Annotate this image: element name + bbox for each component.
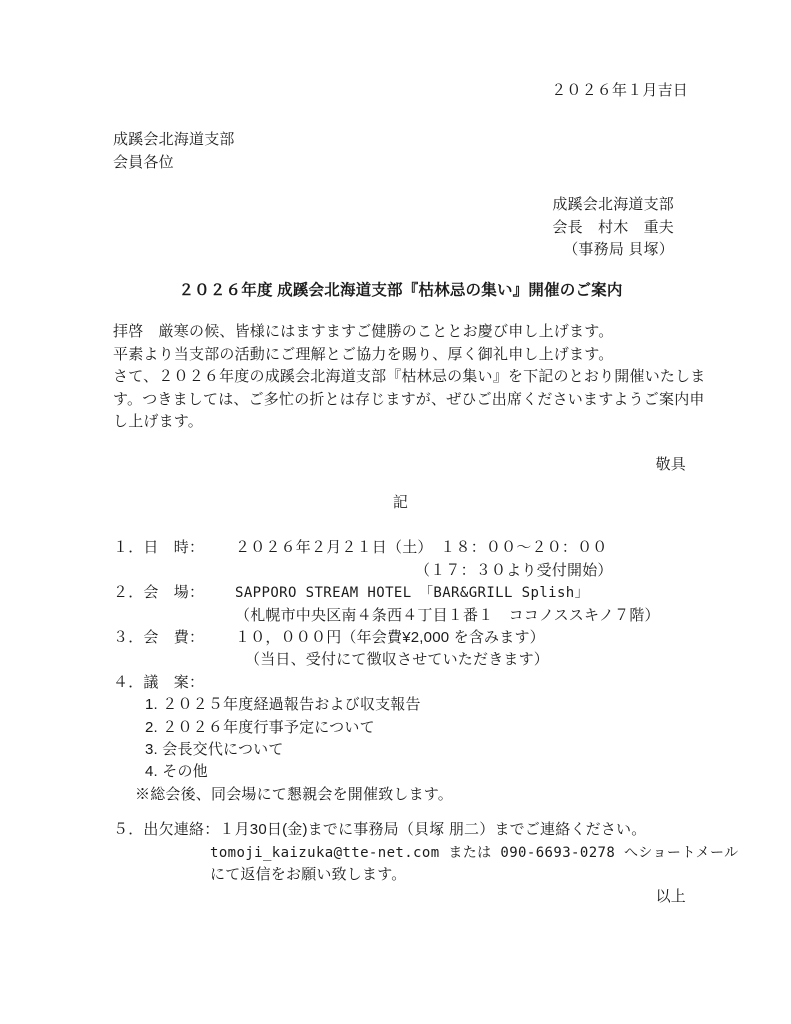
item-venue: ２．会 場： SAPPORO STREAM HOTEL 「BAR&GRILL S… [113,582,688,627]
item-venue-value: SAPPORO STREAM HOTEL 「BAR&GRILL Splish」 [235,582,589,604]
sender-president: 会長 村木 重夫 [113,217,674,239]
greeting-paragraph: 拝啓 厳寒の候、皆様にはますますご健勝のこととお慶び申し上げます。 平素より当支… [113,321,688,433]
item-fee-label: ３．会 費： [113,627,235,649]
rsvp-contact-line: tomoji_kaizuka@tte-net.com または 090-6693-… [113,842,688,864]
agenda-item: 4. その他 [113,761,688,783]
item-agenda: ４．議 案： 1. ２０２５年度経過報告および収支報告 2. ２０２６年度行事予… [113,672,688,806]
recipient-block: 成蹊会北海道支部 会員各位 [113,129,688,174]
agenda-item: 2. ２０２６年度行事予定について [113,717,688,739]
greeting-line: さて、２０２６年度の成蹊会北海道支部『枯林忌の集い』を下記のとおり開催いたしま [113,366,688,388]
date-line: ２０２６年１月吉日 [113,80,688,102]
agenda-note: ※総会後、同会場にて懇親会を開催致します。 [113,784,688,806]
end-mark: 以上 [113,886,688,908]
document-title: ２０２６年度 成蹊会北海道支部『枯林忌の集い』開催のご案内 [113,279,688,303]
rsvp-reply-line: にて返信をお願い致します。 [113,864,688,886]
sender-block: 成蹊会北海道支部 会長 村木 重夫 （事務局 貝塚） [113,194,688,261]
item-datetime-value: ２０２６年２月２１日（土） １８：００～２０：００ [235,537,608,559]
greeting-line: 拝啓 厳寒の候、皆様にはますますご健勝のこととお慶び申し上げます。 [113,321,688,343]
agenda-item: 3. 会長交代について [113,739,688,761]
closing-word: 敬具 [113,454,688,476]
record-heading: 記 [113,492,688,514]
item-datetime-note: （１７：３０より受付開始） [113,560,688,582]
item-datetime: １．日 時： ２０２６年２月２１日（土） １８：００～２０：００ （１７：３０よ… [113,537,688,582]
recipient-org: 成蹊会北海道支部 [113,129,688,151]
item-fee-note: （当日、受付にて徴収させていただきます） [113,649,688,671]
sender-office: （事務局 貝塚） [113,239,674,261]
sender-org: 成蹊会北海道支部 [113,194,674,216]
item-agenda-label: ４．議 案： [113,672,688,694]
greeting-line: す。つきましては、ご多忙の折とは存じますが、ぜひご出席くださいますようご案内申 [113,389,688,411]
item-venue-note: （札幌市中央区南４条西４丁目１番１ ココノススキノ７階） [113,605,688,627]
rsvp-deadline-line: １月30日(金)までに事務局（貝塚 朋二）までご連絡ください。 [219,819,646,841]
item-datetime-label: １．日 時： [113,537,235,559]
items-list: １．日 時： ２０２６年２月２１日（土） １８：００～２０：００ （１７：３０よ… [113,537,688,886]
agenda-item: 1. ２０２５年度経過報告および収支報告 [113,694,688,716]
document-page: ２０２６年１月吉日 成蹊会北海道支部 会員各位 成蹊会北海道支部 会長 村木 重… [0,0,791,1024]
greeting-line: し上げます。 [113,411,688,433]
greeting-line: 平素より当支部の活動にご理解とご協力を賜り、厚く御礼申し上げます。 [113,344,688,366]
recipient-salutation: 会員各位 [113,152,688,174]
item-rsvp-label: ５．出欠連絡： [113,819,219,841]
item-rsvp: ５．出欠連絡： １月30日(金)までに事務局（貝塚 朋二）までご連絡ください。 … [113,819,688,886]
item-venue-label: ２．会 場： [113,582,235,604]
item-fee-value: １０，０００円（年会費¥2,000 を含みます） [235,627,545,649]
item-fee: ３．会 費： １０，０００円（年会費¥2,000 を含みます） （当日、受付にて… [113,627,688,672]
